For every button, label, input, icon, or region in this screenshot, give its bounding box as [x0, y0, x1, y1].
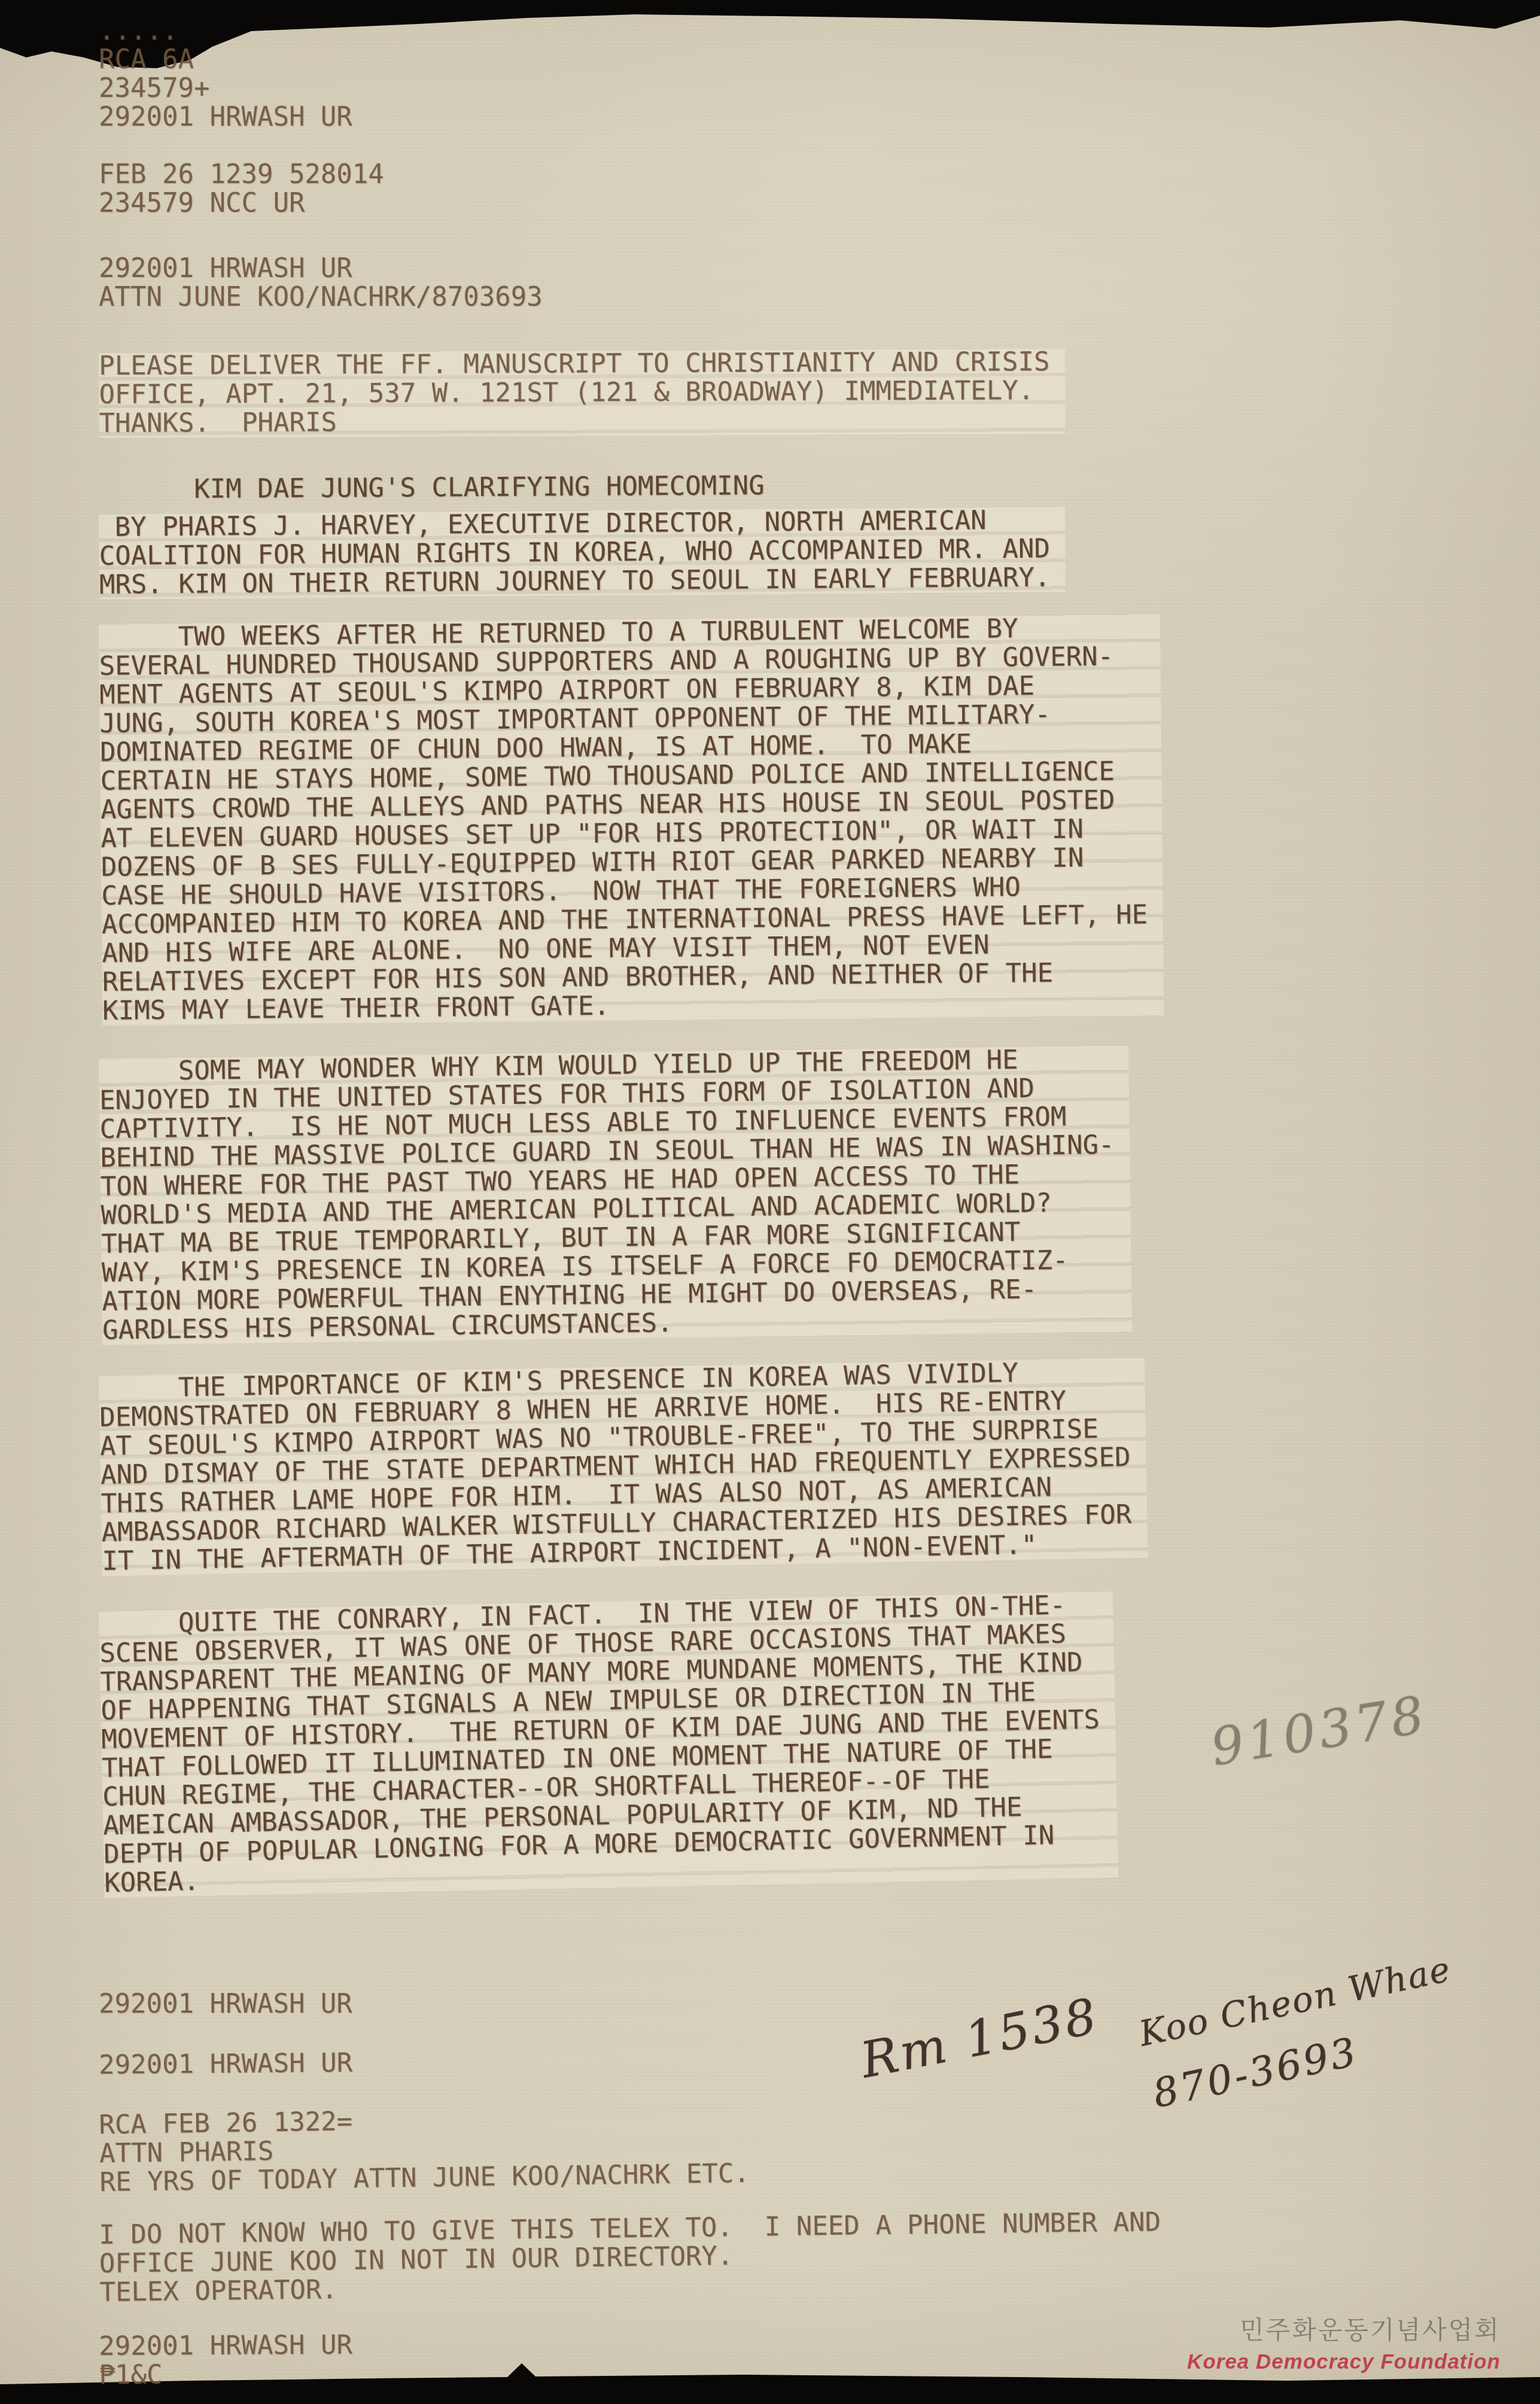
telex-ack-3: 292001 HRWASH UR ₱1&C: [99, 2331, 352, 2390]
handwritten-contact-name: Koo Cheon Whae: [1136, 1948, 1454, 2054]
telex-operator-note: I DO NOT KNOW WHO TO GIVE THIS TELEX TO.…: [99, 2208, 1161, 2307]
article-paragraph-4: QUITE THE CONRARY, IN FACT. IN THE VIEW …: [99, 1590, 1118, 1898]
watermark-english-text: Korea Democracy Foundation: [1187, 2350, 1501, 2374]
article-paragraph-1: TWO WEEKS AFTER HE RETURNED TO A TURBULE…: [99, 613, 1164, 1025]
article-paragraph-3: THE IMPORTANCE OF KIM'S PRESENCE IN KORE…: [99, 1356, 1148, 1575]
telex-document-scan: ..... RCA 6A 234579+ 292001 HRWASH UR FE…: [0, 0, 1540, 2404]
article-paragraph-2: SOME MAY WONDER WHY KIM WOULD YIELD UP T…: [99, 1044, 1133, 1344]
article-title: KIM DAE JUNG'S CLARIFYING HOMECOMING: [99, 471, 765, 504]
telex-attention-block: 292001 HRWASH UR ATTN JUNE KOO/NACHRK/87…: [99, 254, 543, 312]
telex-ack-1: 292001 HRWASH UR: [99, 1990, 352, 2019]
watermark-korean-text: 민주화운동기념사업회: [1187, 2311, 1501, 2347]
handwritten-archive-number: 910378: [1207, 1685, 1431, 1778]
telex-routing-header: ..... RCA 6A 234579+ 292001 HRWASH UR FE…: [99, 17, 384, 218]
archive-watermark: 민주화운동기념사업회 Korea Democracy Foundation: [1187, 2311, 1501, 2374]
telex-reply-header: RCA FEB 26 1322= ATTN PHARIS RE YRS OF T…: [99, 2102, 750, 2197]
delivery-instruction: PLEASE DELIVER THE FF. MANUSCRIPT TO CHR…: [99, 348, 1066, 438]
article-byline: BY PHARIS J. HARVEY, EXECUTIVE DIRECTOR,…: [99, 506, 1066, 600]
telex-ack-2: 292001 HRWASH UR: [99, 2049, 352, 2080]
handwritten-room-note: Rm 1538: [856, 1988, 1103, 2089]
